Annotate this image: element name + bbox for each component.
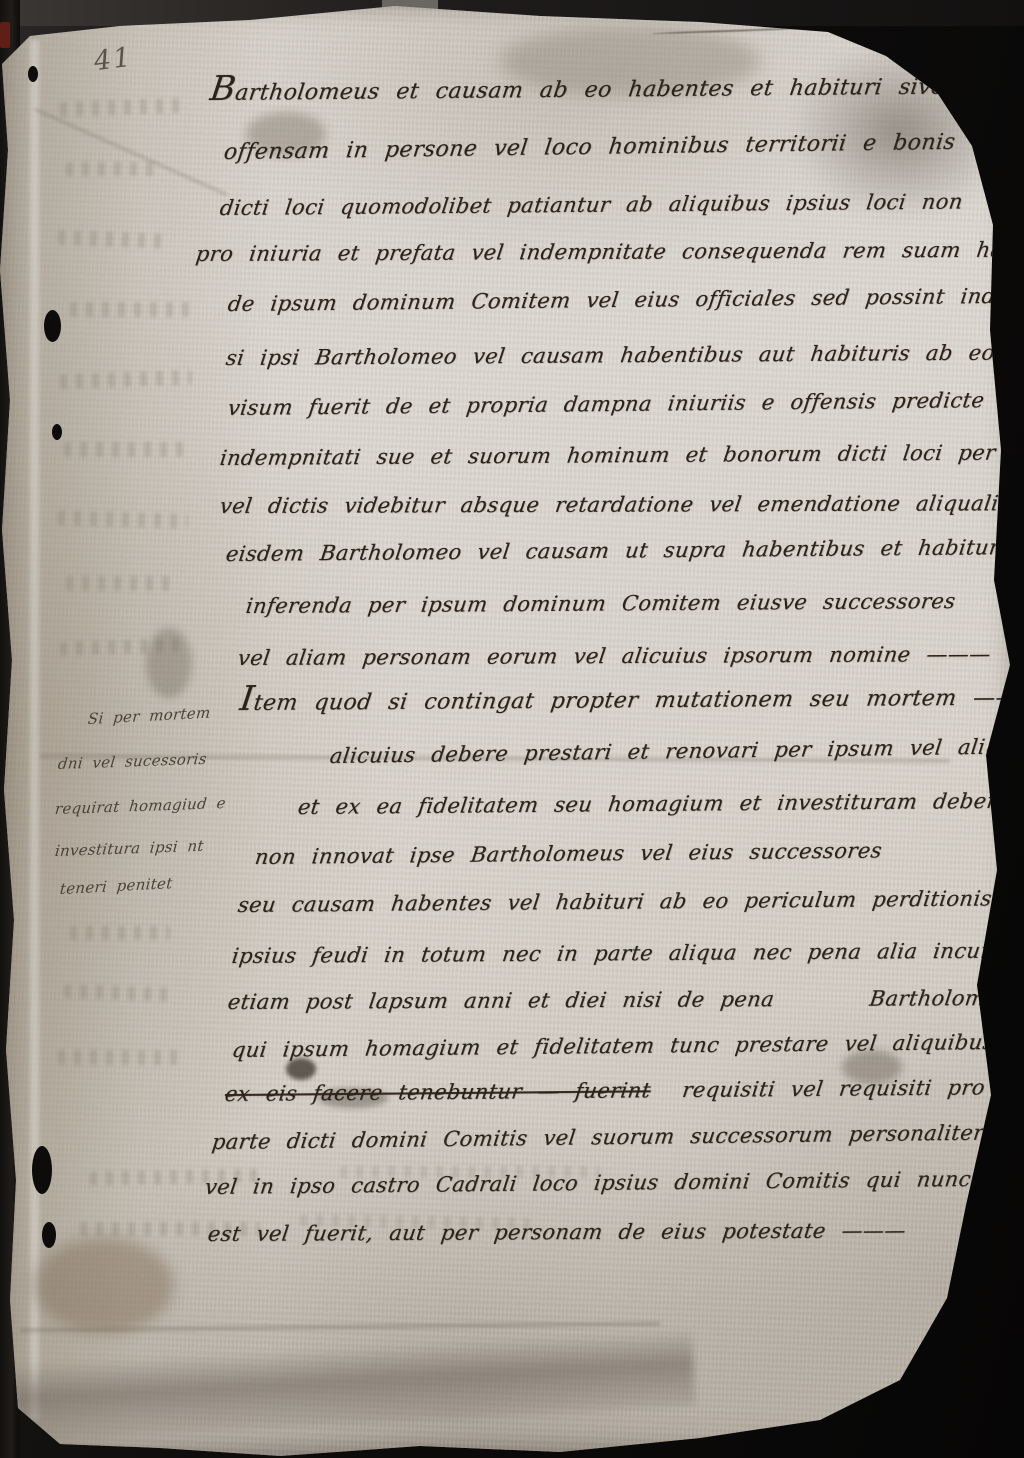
- margin-note-line: requirat homagiud e: [54, 794, 227, 818]
- margin-note-line: dni vel sucessoris: [57, 750, 208, 773]
- margin-note-line: teneri penitet: [59, 874, 173, 898]
- spine-red-label: [0, 22, 10, 48]
- margin-note-line: investitura ipsi nt: [54, 837, 205, 860]
- manuscript-page: 41 Bartholomeus et causam ab eo habentes…: [0, 0, 1024, 1458]
- margin-note: Si per mortemdni vel sucessorisrequirat …: [0, 0, 1024, 1458]
- manuscript-photo: 41 Bartholomeus et causam ab eo habentes…: [0, 0, 1024, 1458]
- margin-note-line: Si per mortem: [87, 704, 211, 729]
